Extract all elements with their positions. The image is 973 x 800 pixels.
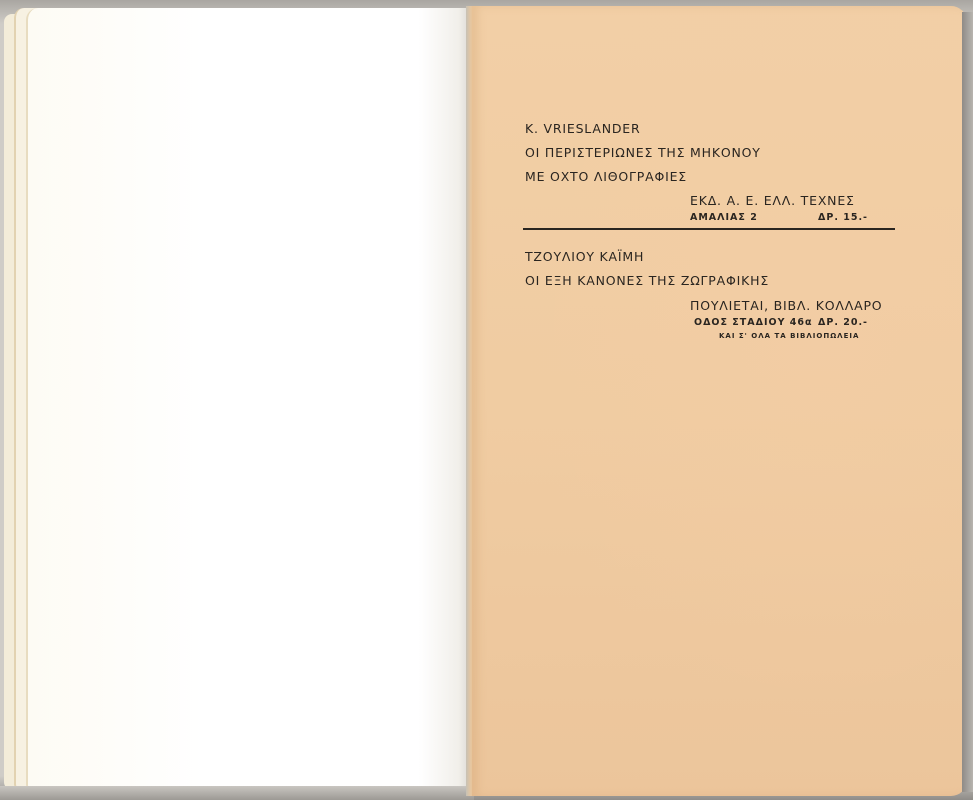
ad2-title: ΟΙ ΕΞΗ ΚΑΝΟΝΕΣ ΤΗΣ ΖΩΓΡΑΦΙΚΗΣ bbox=[525, 273, 769, 288]
ad1-title: ΟΙ ΠΕΡΙΣΤΕΡΙΩΝΕΣ ΤΗΣ ΜΗΚΟΝΟΥ bbox=[525, 145, 761, 160]
ad1-subtitle: ΜΕ ΟΧΤΟ ΛΙΘΟΓΡΑΦΙΕΣ bbox=[525, 169, 687, 184]
ad2-address: ΟΔΟΣ ΣΤΑΔΙΟΥ 46α bbox=[694, 317, 813, 328]
ad2-seller: ΠΟΥΛΙΕΤΑΙ, ΒΙΒΛ. ΚΟΛΛΑΡΟ bbox=[690, 298, 882, 313]
ad2-author: ΤΖΟΥΛΙΟΥ ΚΑΪΜΗ bbox=[525, 249, 644, 264]
ad2-price: ΔΡ. 20.- bbox=[818, 317, 868, 328]
ad1-price: ΔΡ. 15.- bbox=[818, 212, 868, 223]
ad1-address: ΑΜΑΛΙΑΣ 2 bbox=[690, 212, 758, 223]
ad1-publisher: ΕΚΔ. Α. Ε. ΕΛΛ. ΤΕΧΝΕΣ bbox=[690, 193, 855, 208]
right-edge-shadow bbox=[962, 12, 973, 792]
left-blank-page bbox=[26, 8, 472, 789]
bottom-shadow bbox=[0, 786, 474, 800]
divider-rule bbox=[523, 228, 895, 230]
ad1-author: K. VRIESLANDER bbox=[525, 121, 640, 136]
ad2-note: ΚΑΙ Σ' ΟΛΑ ΤΑ ΒΙΒΛΙΟΠΩΛΕΙΑ bbox=[719, 332, 859, 340]
